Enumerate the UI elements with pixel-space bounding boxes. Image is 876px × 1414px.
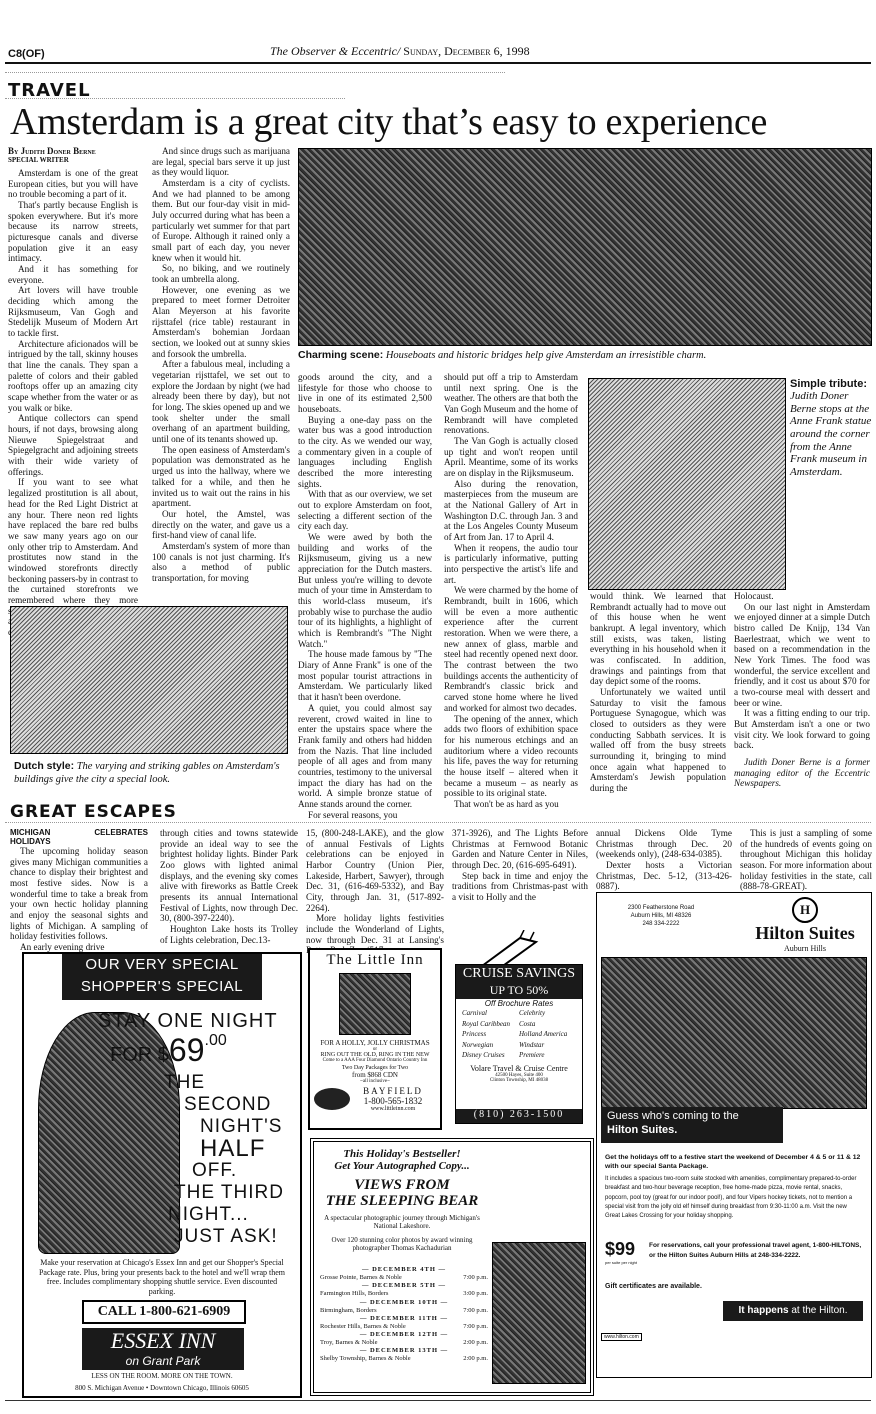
paragraph: Dexter hosts a Victorian Christmas, Dec.… xyxy=(596,860,732,892)
cruise-line: Disney Cruises xyxy=(462,1050,519,1061)
price-value: 69 xyxy=(169,1032,205,1068)
littleinn-phone[interactable]: 1-800-565-1832 xyxy=(350,1096,436,1106)
ad-sleeping-bear-book[interactable]: This Holiday's Bestseller! Get Your Auto… xyxy=(310,1138,594,1396)
book-title-line: VIEWS FROM xyxy=(318,1178,486,1194)
paragraph: annual Dickens Olde Tyme Christmas throu… xyxy=(596,828,732,860)
offer-line: OFF. xyxy=(164,1160,284,1182)
ad-hilton-suites[interactable]: 2300 Featherstone Road Auburn Hills, MI … xyxy=(596,892,872,1378)
ad-cruise-savings[interactable]: CRUISE SAVINGS UP TO 50% Off Brochure Ra… xyxy=(455,964,583,1124)
escapes-kicker: Michigan celebrates holidays xyxy=(10,828,148,846)
book-title: VIEWS FROM THE SLEEPING BEAR xyxy=(318,1178,486,1210)
cruise-rates: Off Brochure Rates xyxy=(456,999,582,1008)
offer-line: JUST ASK! xyxy=(164,1226,284,1248)
caption-text: Houseboats and historic bridges help giv… xyxy=(386,350,706,361)
hilton-website[interactable]: www.hilton.com xyxy=(601,1333,642,1341)
escapes-column-5: annual Dickens Olde Tyme Christmas throu… xyxy=(596,828,732,892)
paragraph: That's partly because English is spoken … xyxy=(8,200,138,264)
book-promo: This Holiday's Bestseller! Get Your Auto… xyxy=(318,1148,486,1172)
byline-role: Special Writer xyxy=(8,156,138,164)
essex-phone[interactable]: CALL 1-800-621-6909 xyxy=(82,1300,246,1324)
paragraph: So, no biking, and we routinely took an … xyxy=(152,263,290,284)
ad-little-inn[interactable]: The Little Inn FOR A HOLLY, JOLLY CHRIST… xyxy=(308,948,442,1130)
caption-label: Charming scene: xyxy=(298,349,383,361)
paragraph: We were charmed by the home of Rembrandt… xyxy=(444,585,578,713)
caption-label: Dutch style: xyxy=(14,760,74,772)
cruise-line: Windstar xyxy=(519,1040,576,1051)
banner-line: OUR VERY SPECIAL xyxy=(62,954,262,976)
headline: Amsterdam is a great city that’s easy to… xyxy=(10,100,767,144)
event-time: 7:00 p.m. xyxy=(463,1274,488,1282)
event-row: Troy, Barnes & Noble2:00 p.m. xyxy=(320,1339,488,1347)
article-column-4: should put off a trip to Amsterdam until… xyxy=(444,372,578,810)
paragraph: With that as our overview, we set out to… xyxy=(298,489,432,532)
paragraph: The upcoming holiday season gives many M… xyxy=(10,846,148,942)
hilton-lead: Get the holidays off to a festive start … xyxy=(605,1153,863,1171)
hilton-body: It includes a spacious two-room suite st… xyxy=(605,1175,863,1221)
hilton-promo-line: Guess who's coming to the xyxy=(607,1109,777,1123)
paragraph: The Van Gogh is actually closed up tight… xyxy=(444,436,578,479)
paragraph: Amsterdam is one of the great European c… xyxy=(8,168,138,200)
article-column-1: By Judith Doner Berne Special Writer Ams… xyxy=(8,146,138,638)
essex-address: 800 S. Michigan Avenue • Downtown Chicag… xyxy=(34,1384,290,1392)
escapes-column-6: This is just a sampling of some of the h… xyxy=(740,828,872,892)
author-bio: Judith Doner Berne is a former managing … xyxy=(734,757,870,789)
cruise-line: Holland America xyxy=(519,1029,576,1040)
event-date: — DECEMBER 5TH — xyxy=(320,1282,488,1290)
page-folio: C8(OF) xyxy=(8,48,45,60)
page-bottom-rule xyxy=(5,1400,871,1401)
paragraph: That won't be as hard as you xyxy=(444,799,578,810)
logo-text: ESSEX INN xyxy=(82,1328,244,1354)
event-time: 3:00 p.m. xyxy=(463,1290,488,1298)
paragraph: Also during the renovation, masterpieces… xyxy=(444,479,578,543)
price-cents: .00 xyxy=(205,1032,227,1049)
essex-body: Make your reservation at Chicago's Essex… xyxy=(34,1258,290,1296)
cruise-line: Costa xyxy=(519,1019,576,1030)
paragraph: On our last night in Amsterdam we enjoye… xyxy=(734,602,870,709)
paragraph: However, one evening as we prepared to m… xyxy=(152,285,290,360)
event-row: Shelby Township, Barnes & Noble2:00 p.m. xyxy=(320,1355,488,1363)
event-row: Farmington Hills, Borders3:00 p.m. xyxy=(320,1290,488,1298)
paragraph: Art lovers will have trouble deciding wh… xyxy=(8,285,138,338)
photo-caption-statue: Simple tribute: Judith Doner Berne stops… xyxy=(790,378,872,478)
event-place: Rochester Hills, Barnes & Noble xyxy=(320,1323,406,1331)
paragraph: This is just a sampling of some of the h… xyxy=(740,828,872,892)
cruise-line: Norwegian xyxy=(462,1040,519,1051)
essex-tagline: LESS ON THE ROOM. MORE ON THE TOWN. xyxy=(54,1372,270,1380)
offer-line: NIGHT... xyxy=(164,1204,284,1226)
hilton-promo: Guess who's coming to the Hilton Suites. xyxy=(601,1107,783,1143)
book-description: A spectacular photographic journey throu… xyxy=(318,1214,486,1230)
cruise-header: CRUISE SAVINGS UP TO 50% xyxy=(456,965,582,999)
escapes-rule xyxy=(5,822,871,823)
escapes-column-4: 371-3926), and The Lights Before Christm… xyxy=(452,828,588,903)
paragraph: We were awed by both the building and wo… xyxy=(298,532,432,649)
book-promo-line: Get Your Autographed Copy... xyxy=(318,1160,486,1172)
price-prefix: FOR $ xyxy=(110,1044,169,1066)
cruise-line: Princess xyxy=(462,1029,519,1040)
hilton-address: 2300 Featherstone Road Auburn Hills, MI … xyxy=(611,905,711,928)
event-place: Shelby Township, Barnes & Noble xyxy=(320,1355,411,1363)
escapes-column-3: 15, (800-248-LAKE), and the glow of annu… xyxy=(306,828,444,956)
paragraph: Houghton Lake hosts its Trolley of Light… xyxy=(160,924,298,945)
event-date: — DECEMBER 4TH — xyxy=(320,1266,488,1274)
paragraph: For several reasons, you xyxy=(298,810,432,821)
cruise-lines: CarnivalCelebrity Royal CaribbeanCosta P… xyxy=(456,1008,582,1061)
article-column-5: would think. We learned that Rembrandt a… xyxy=(590,591,726,794)
photo-caption-gables: Dutch style: The varying and striking ga… xyxy=(14,760,294,786)
cruise-phone[interactable]: (810) 263-1500 xyxy=(456,1109,582,1123)
great-escapes-title: GREAT ESCAPES xyxy=(10,802,177,822)
cruise-address-2: Clinton Township, MI 48038 xyxy=(456,1078,582,1083)
section-rule xyxy=(5,72,505,73)
masthead-rule xyxy=(5,62,871,64)
littleinn-price: from $868 CDN xyxy=(310,1071,440,1079)
tagline-rest: at the Hilton. xyxy=(789,1305,848,1316)
paragraph: Architecture aficionados will be intrigu… xyxy=(8,339,138,414)
littleinn-contact: BAYFIELD 1-800-565-1832 www.littleinn.co… xyxy=(350,1086,436,1112)
hilton-tagline: It happens at the Hilton. xyxy=(723,1301,863,1321)
paragraph: Amsterdam is a city of cyclists. And we … xyxy=(152,178,290,263)
littleinn-website[interactable]: www.littleinn.com xyxy=(350,1106,436,1112)
offer-line: THE THIRD xyxy=(164,1182,284,1204)
paragraph: When it reopens, the audio tour is parti… xyxy=(444,543,578,586)
paragraph: through cities and towns statewide provi… xyxy=(160,828,298,924)
paragraph: 371-3926), and The Lights Before Christm… xyxy=(452,828,588,871)
essex-logo: ESSEX INN on Grant Park xyxy=(82,1328,244,1370)
paragraph: After a fabulous meal, including a veget… xyxy=(152,359,290,444)
essex-banner: OUR VERY SPECIAL SHOPPER'S SPECIAL xyxy=(62,954,262,1000)
paragraph: Our hotel, the Amstel, was directly on t… xyxy=(152,509,290,541)
tagline-bold: It happens xyxy=(739,1305,789,1316)
offer-line: STAY ONE NIGHT xyxy=(98,1010,278,1033)
book-promo-line: This Holiday's Bestseller! xyxy=(318,1148,486,1160)
offer-price: FOR $69.00 xyxy=(110,1032,227,1069)
paragraph: And it has something for everyone. xyxy=(8,264,138,285)
hilton-phone: 248 334-2222 xyxy=(611,921,711,929)
article-column-2: And since drugs such as marijuana are le… xyxy=(152,146,290,584)
section-rule-2 xyxy=(5,98,345,99)
hilton-promo-line: Hilton Suites. xyxy=(607,1123,777,1137)
offer-line: SECOND xyxy=(164,1094,284,1116)
cruise-company: Volare Travel & Cruise Centre xyxy=(456,1064,582,1073)
event-time: 2:00 p.m. xyxy=(463,1339,488,1347)
hilton-logo-text: Hilton Suites xyxy=(747,923,863,944)
hilton-address-line: 2300 Featherstone Road xyxy=(611,905,711,913)
banner-line: SHOPPER'S SPECIAL xyxy=(62,976,262,998)
paragraph: The opening of the annex, which adds two… xyxy=(444,714,578,799)
littleinn-inclusive: ~all inclusive~ xyxy=(310,1079,440,1084)
cruise-subtitle: UP TO 50% xyxy=(456,982,582,999)
cruise-title: CRUISE SAVINGS xyxy=(456,965,582,982)
paragraph: goods around the city, and a lifestyle f… xyxy=(298,372,432,415)
hilton-logo-sub: Auburn Hills xyxy=(747,944,863,953)
littleinn-town: BAYFIELD xyxy=(350,1086,436,1096)
paragraph: Holocaust. xyxy=(734,591,870,602)
cruise-line: Carnival xyxy=(462,1008,519,1019)
event-time: 7:00 p.m. xyxy=(463,1323,488,1331)
masthead-date: Sunday, December 6, 1998 xyxy=(403,44,529,58)
event-date: — DECEMBER 12TH — xyxy=(320,1331,488,1339)
paragraph: It was a fitting ending to our trip. But… xyxy=(734,708,870,751)
article-column-3: goods around the city, and a lifestyle f… xyxy=(298,372,432,820)
event-place: Troy, Barnes & Noble xyxy=(320,1339,377,1347)
byline: By Judith Doner Berne xyxy=(8,146,138,156)
paragraph: The open easiness of Amsterdam's populat… xyxy=(152,445,290,509)
masthead-paper: The Observer & Eccentric/ xyxy=(270,44,400,58)
event-date: — DECEMBER 10TH — xyxy=(320,1299,488,1307)
hilton-address-line: Auburn Hills, MI 48326 xyxy=(611,913,711,921)
cruise-line: Premiere xyxy=(519,1050,576,1061)
event-date: — DECEMBER 13TH — xyxy=(320,1347,488,1355)
paragraph: Antique collectors can spend hours, if n… xyxy=(8,413,138,477)
logo-sub: on Grant Park xyxy=(82,1354,244,1368)
littleinn-headline: FOR A HOLLY, JOLLY CHRISTMAS xyxy=(310,1039,440,1047)
ad-essex-inn[interactable]: OUR VERY SPECIAL SHOPPER'S SPECIAL STAY … xyxy=(22,952,302,1398)
photo-caption-main: Charming scene: Houseboats and historic … xyxy=(298,349,876,363)
paragraph: A quiet, you could almost say reverent, … xyxy=(298,703,432,810)
paragraph: 15, (800-248-LAKE), and the glow of annu… xyxy=(306,828,444,913)
escapes-column-2: through cities and towns statewide provi… xyxy=(160,828,298,945)
event-date: — DECEMBER 11TH — xyxy=(320,1315,488,1323)
hilton-logo: H Hilton Suites Auburn Hills xyxy=(747,897,863,953)
paragraph: Step back in time and enjoy the traditio… xyxy=(452,871,588,903)
event-row: Grosse Pointe, Barnes & Noble7:00 p.m. xyxy=(320,1274,488,1282)
photo-anne-frank-statue xyxy=(588,378,786,590)
event-place: Grosse Pointe, Barnes & Noble xyxy=(320,1274,402,1282)
photo-dutch-gables xyxy=(10,606,288,754)
book-photographer: Over 120 stunning color photos by award … xyxy=(318,1236,486,1252)
event-place: Farmington Hills, Borders xyxy=(320,1290,388,1298)
paragraph: And since drugs such as marijuana are le… xyxy=(152,146,290,178)
hilton-h-icon: H xyxy=(792,897,818,923)
littleinn-title: The Little Inn xyxy=(310,952,440,969)
hilton-price: $99 per suite per night xyxy=(605,1239,645,1265)
cruise-line: Celebrity xyxy=(519,1008,576,1019)
event-time: 7:00 p.m. xyxy=(463,1307,488,1315)
book-cover-photo xyxy=(492,1242,586,1384)
paragraph: Unfortunately we waited until Saturday t… xyxy=(590,687,726,794)
event-row: Birmingham, Borders7:00 p.m. xyxy=(320,1307,488,1315)
article-column-6: Holocaust. On our last night in Amsterda… xyxy=(734,591,870,789)
paragraph: Buying a one-day pass on the water bus w… xyxy=(298,415,432,490)
caption-text: Judith Doner Berne stops at the Anne Fra… xyxy=(790,390,871,478)
event-row: Rochester Hills, Barnes & Noble7:00 p.m. xyxy=(320,1323,488,1331)
paragraph: The house made famous by "The Diary of A… xyxy=(298,649,432,702)
event-time: 2:00 p.m. xyxy=(463,1355,488,1363)
littleinn-seal-icon xyxy=(314,1088,350,1110)
offer-stack: THE SECOND NIGHT'S HALF OFF. THE THIRD N… xyxy=(164,1072,284,1248)
offer-line: HALF xyxy=(164,1138,284,1160)
paragraph: Amsterdam's system of more than 100 cana… xyxy=(152,541,290,584)
caption-label: Simple tribute: xyxy=(790,378,872,390)
photo-canal-houseboats xyxy=(298,148,872,346)
offer-line: THE xyxy=(164,1072,284,1094)
event-place: Birmingham, Borders xyxy=(320,1307,377,1315)
book-title-line: THE SLEEPING BEAR xyxy=(318,1194,486,1210)
paragraph: would think. We learned that Rembrandt a… xyxy=(590,591,726,687)
hilton-gift-certificates: Gift certificates are available. xyxy=(605,1283,702,1290)
littleinn-photo xyxy=(339,973,411,1035)
masthead: The Observer & Eccentric/ Sunday, Decemb… xyxy=(270,44,530,59)
hilton-price-note: per suite per night xyxy=(605,1260,645,1265)
book-signing-schedule: — DECEMBER 4TH — Grosse Pointe, Barnes &… xyxy=(320,1266,488,1364)
cruise-line: Royal Caribbean xyxy=(462,1019,519,1030)
hilton-santa-photo xyxy=(601,957,867,1109)
hilton-price-value: $99 xyxy=(605,1239,645,1260)
paragraph: should put off a trip to Amsterdam until… xyxy=(444,372,578,436)
escapes-column-1: Michigan celebrates holidays The upcomin… xyxy=(10,828,148,953)
littleinn-sub: Come to a AAA Four Diamond Ontario Count… xyxy=(310,1058,440,1063)
hilton-reservation: For reservations, call your professional… xyxy=(649,1241,863,1261)
littleinn-footer: BAYFIELD 1-800-565-1832 www.littleinn.co… xyxy=(310,1086,440,1112)
